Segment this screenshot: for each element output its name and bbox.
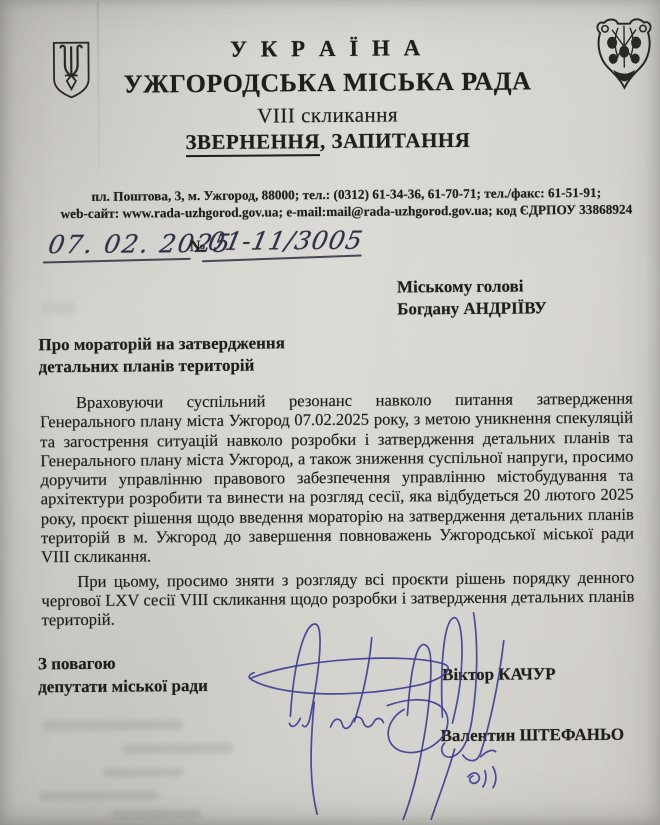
signature-valentyn-shtefanyo-icon: [430, 613, 506, 820]
bleed-through-mark: [39, 790, 159, 801]
closing-block: З повагою депутати міської ради: [38, 652, 208, 698]
convocation-line: VIII скликання: [68, 101, 588, 130]
bleed-through-mark: [103, 767, 183, 778]
document-type-underlined: ЗВЕРНЕННЯ: [185, 129, 320, 157]
subject-line-1: Про мораторій на затвердження: [38, 332, 285, 356]
council-title: УЖГОРОДСЬКА МІСЬКА РАДА: [67, 66, 587, 100]
contact-line-web: web-сайт: www.rada-uzhgorod.gov.ua; e-ma…: [38, 200, 654, 222]
signature-viktor-kachur-icon: [249, 623, 450, 821]
bleed-through-mark: [41, 302, 75, 314]
contact-block: пл. Поштова, 3, м. Ужгород, 88000; тел.:…: [38, 183, 654, 222]
addressee-name: Богдану АНДРІЇВУ: [397, 297, 547, 320]
document-type-title: ЗВЕРНЕННЯ, ЗАПИТАННЯ: [68, 127, 588, 156]
subject-block: Про мораторій на затвердження детальних …: [38, 332, 285, 378]
addressee-block: Міському голові Богдану АНДРІЇВУ: [397, 275, 547, 320]
scanned-letter-page: У К Р А Ї Н А УЖГОРОДСЬКА МІСЬКА РАДА VI…: [0, 0, 660, 825]
closing-signers: депутати міської ради: [38, 674, 208, 698]
number-sign: №: [190, 238, 206, 256]
letterhead: У К Р А Ї Н А УЖГОРОДСЬКА МІСЬКА РАДА VI…: [67, 34, 588, 130]
uzhhorod-coat-of-arms-emblem-icon: [594, 15, 656, 93]
handwritten-number: 01-11/3005: [206, 226, 366, 256]
addressee-title: Міському голові: [397, 275, 547, 298]
closing-regards: З повагою: [38, 652, 208, 676]
subject-line-2: детальних планів територій: [39, 354, 286, 378]
bleed-through-mark: [111, 809, 201, 820]
bleed-through-mark: [42, 719, 182, 731]
document-type-rest: , ЗАПИТАННЯ: [320, 128, 471, 153]
country-title: У К Р А Ї Н А: [67, 34, 587, 64]
body-paragraph-1: Враховуючи суспільний резонанс навколо п…: [40, 389, 634, 567]
bleed-through-mark: [123, 743, 233, 755]
signatures-overlay: [241, 596, 543, 825]
